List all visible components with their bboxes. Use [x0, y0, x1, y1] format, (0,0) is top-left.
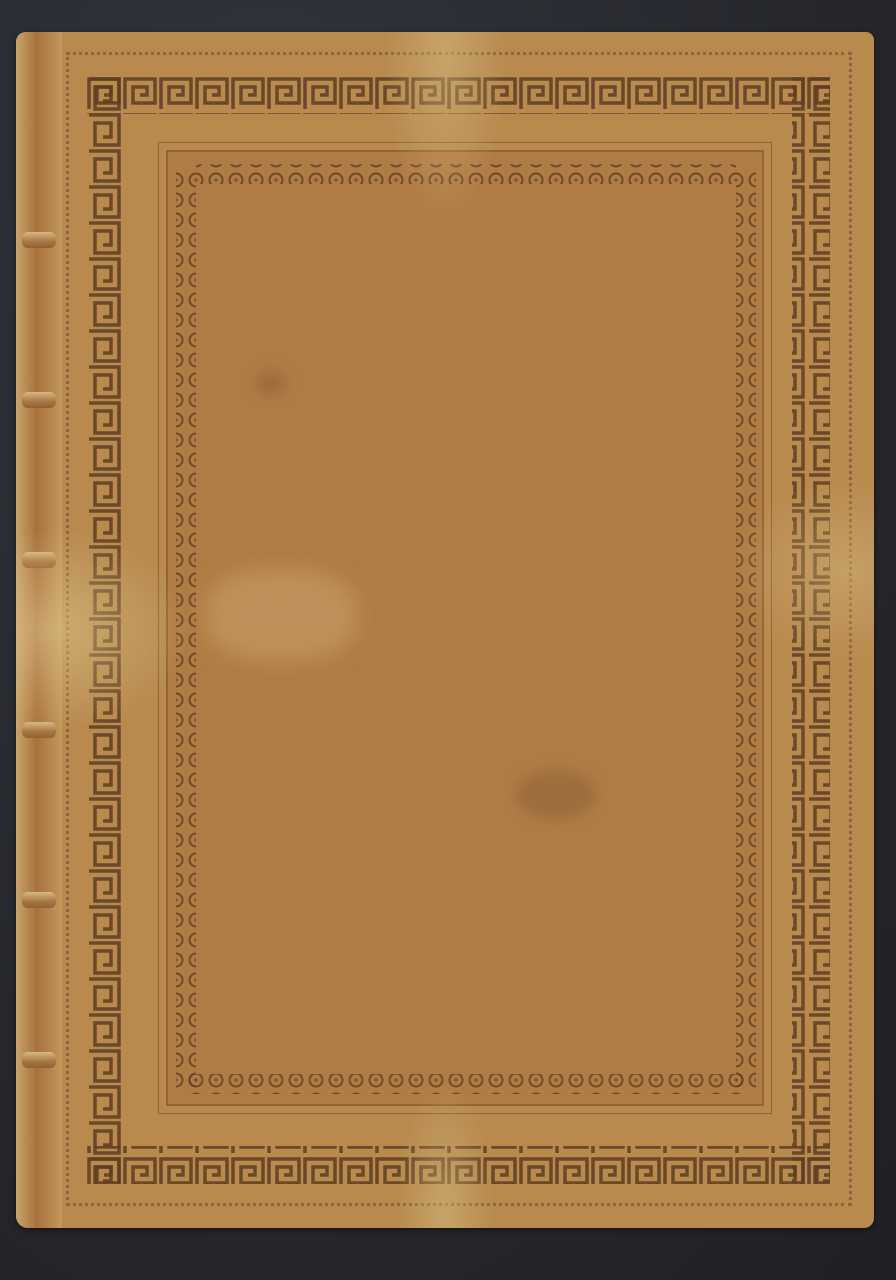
book-spine	[16, 32, 62, 1228]
spine-band	[22, 232, 56, 248]
worn-patch	[206, 570, 356, 660]
leather-stain	[256, 370, 286, 396]
spine-band	[22, 392, 56, 408]
spine-band	[22, 1052, 56, 1068]
spine-band	[22, 892, 56, 908]
book-cover	[16, 32, 874, 1228]
spine-band	[22, 722, 56, 738]
leather-stain	[516, 770, 596, 820]
spine-band	[22, 552, 56, 568]
center-panel	[166, 150, 764, 1106]
